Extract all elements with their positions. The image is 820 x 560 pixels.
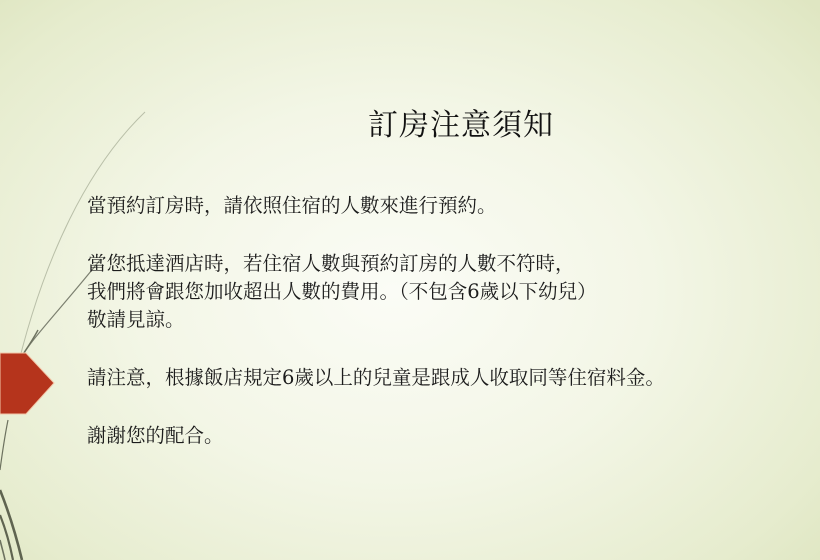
notice-paragraph-1: 當預約訂房時，請依照住宿的人數來進行預約。 — [87, 192, 665, 220]
notice-line: 我們將會跟您加收超出人數的費用。（不包含6歲以下幼兒） — [87, 278, 665, 306]
notice-body: 當預約訂房時，請依照住宿的人數來進行預約。 當您抵達酒店時，若住宿人數與預約訂房… — [87, 192, 665, 480]
notice-paragraph-2: 當您抵達酒店時，若住宿人數與預約訂房的人數不符時， 我們將會跟您加收超出人數的費… — [87, 250, 665, 334]
notice-line: 謝謝您的配合。 — [87, 422, 665, 450]
notice-line: 敬請見諒。 — [87, 306, 665, 334]
notice-line: 當預約訂房時，請依照住宿的人數來進行預約。 — [87, 192, 665, 220]
notice-line: 當您抵達酒店時，若住宿人數與預約訂房的人數不符時， — [87, 250, 665, 278]
notice-paragraph-3: 請注意，根據飯店規定6歲以上的兒童是跟成人收取同等住宿料金。 — [87, 364, 665, 392]
slide: 訂房注意須知 當預約訂房時，請依照住宿的人數來進行預約。 當您抵達酒店時，若住宿… — [0, 0, 820, 560]
notice-paragraph-4: 謝謝您的配合。 — [87, 422, 665, 450]
notice-line: 請注意，根據飯店規定6歲以上的兒童是跟成人收取同等住宿料金。 — [87, 364, 665, 392]
red-arrow-marker — [0, 353, 54, 414]
page-title: 訂房注意須知 — [80, 100, 820, 144]
